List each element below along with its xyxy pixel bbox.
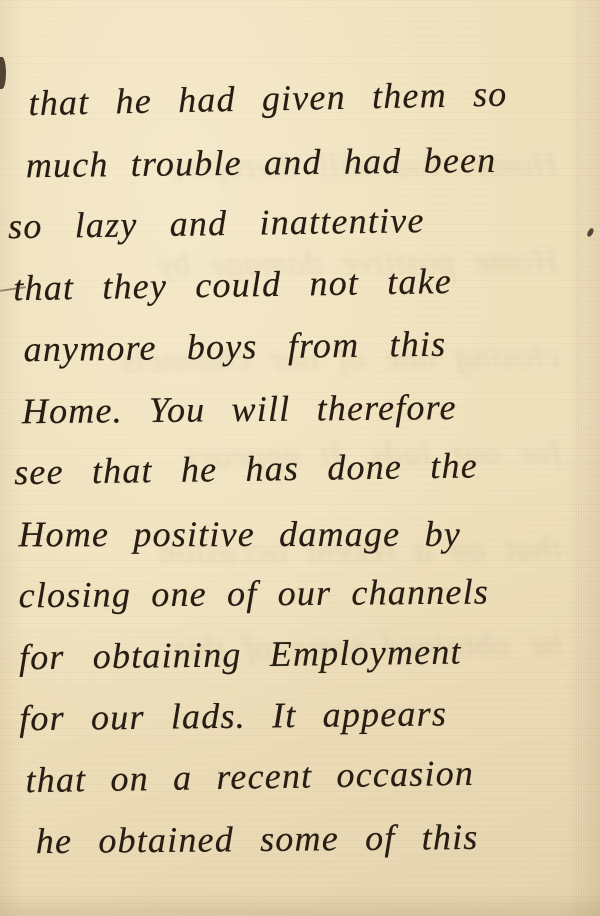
letter-text-block: that he had given them so much trouble a… xyxy=(0,0,600,873)
bottom-edge-shadow xyxy=(0,890,600,916)
letter-line-11: for our lads. It appears xyxy=(19,682,600,750)
letter-line-6: Home. You will therefore xyxy=(22,375,600,442)
letter-line-4: that they could not take xyxy=(13,248,600,319)
letter-line-3: so lazy and inattentive xyxy=(8,188,600,258)
letter-scan-page: Home. You will therefore Home positive d… xyxy=(0,0,600,916)
letter-line-13: he obtained some of this xyxy=(35,806,600,873)
letter-line-5: anymore boys from this xyxy=(23,312,600,381)
right-edge-crease xyxy=(576,0,579,916)
letter-line-2: much trouble and had been xyxy=(25,128,599,196)
letter-line-12: that on a recent occasion xyxy=(25,740,600,811)
letter-line-10: for obtaining Employment xyxy=(19,619,600,688)
letter-line-1: that he had given them so xyxy=(28,62,599,135)
letter-line-8: Home positive damage by xyxy=(18,503,600,565)
letter-line-7: see that he has done the xyxy=(14,434,600,504)
letter-line-9: closing one of our channels xyxy=(18,561,600,627)
